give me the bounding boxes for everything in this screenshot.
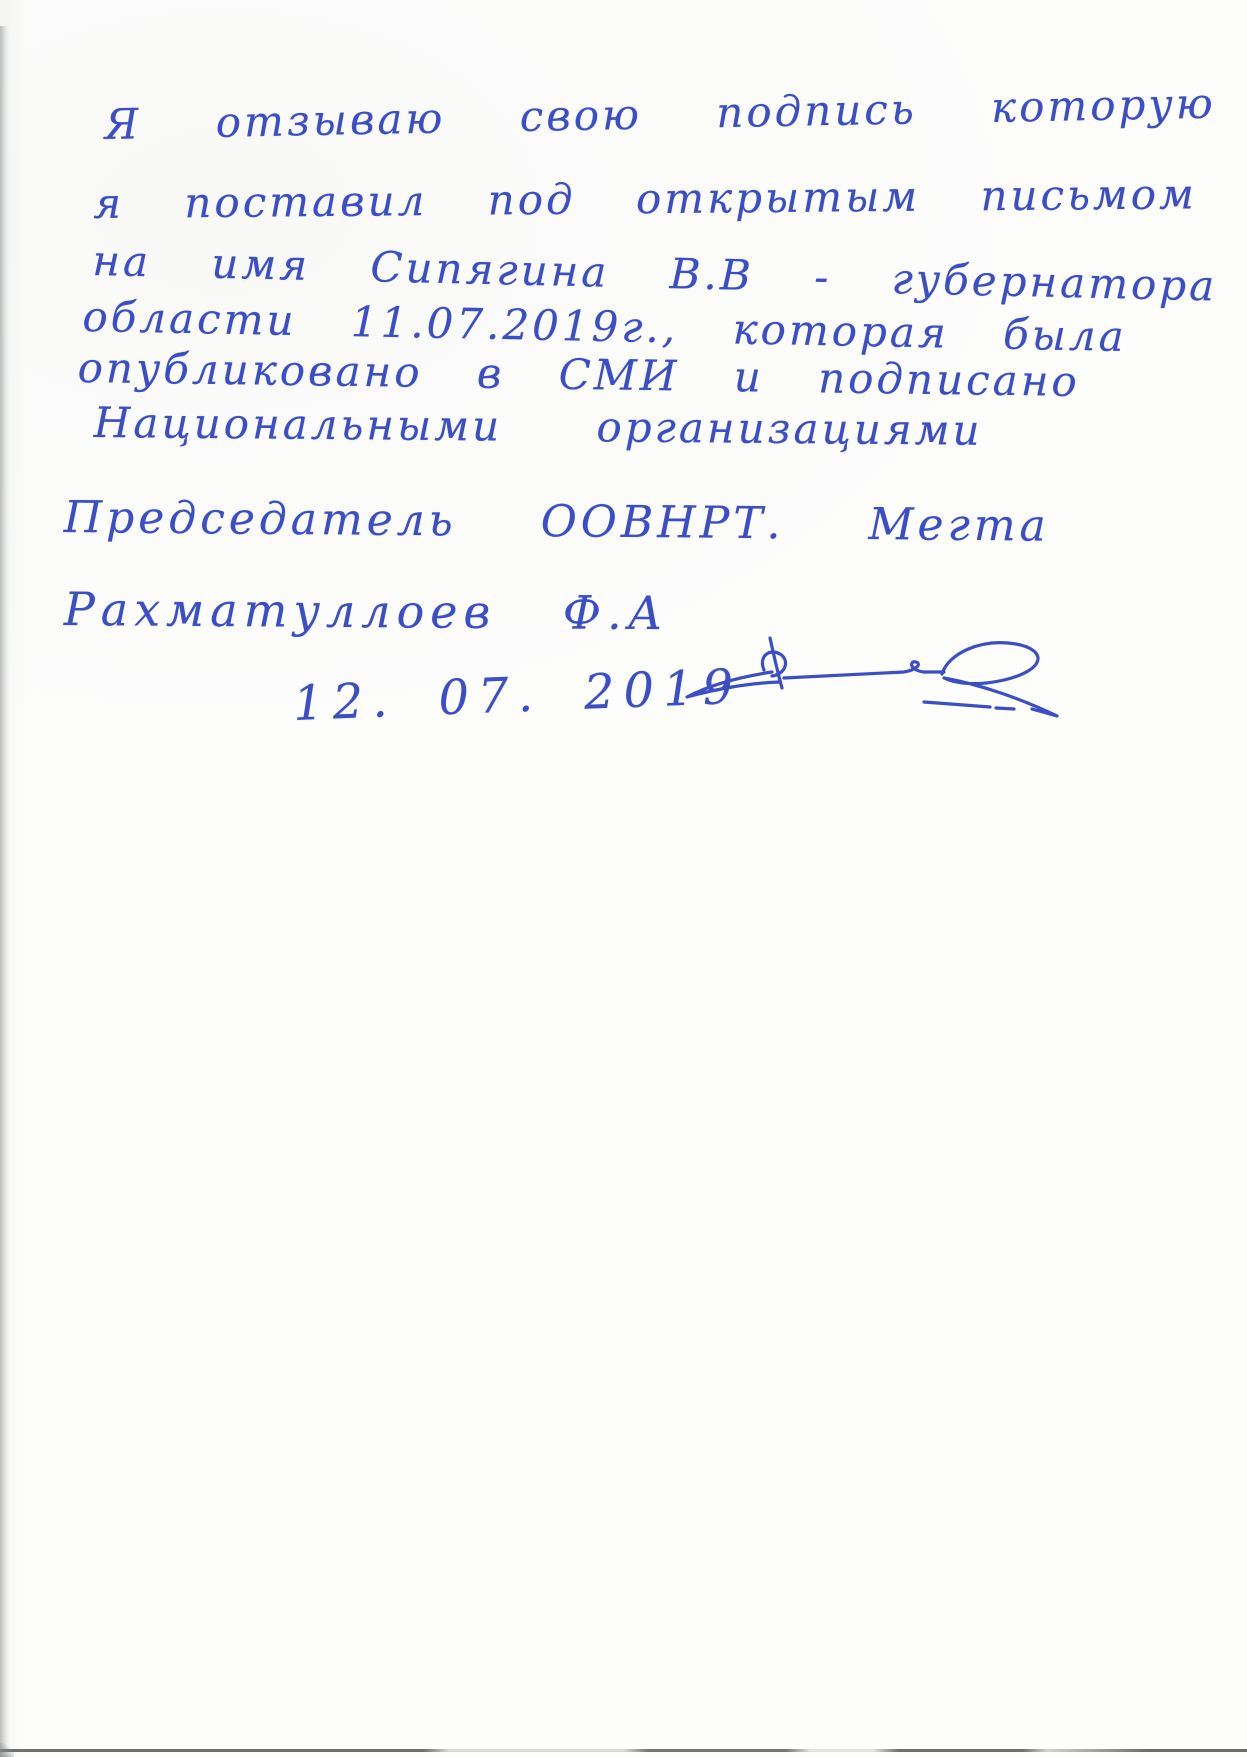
scanned-letter-page: Я отзываю свою подпись которую я постави… xyxy=(0,0,1247,1757)
signoff-title-line: Председатель ООВНРТ. Мегта xyxy=(64,492,1050,552)
scanner-edge-bottom xyxy=(0,1749,1247,1752)
scanner-edge-left xyxy=(0,26,9,1753)
handwritten-line-6: Национальными организациями xyxy=(94,398,983,455)
handwritten-line-2: я поставил под открытым письмом xyxy=(93,169,1197,228)
signoff-name-line: Рахматуллоев Ф.А xyxy=(64,582,669,640)
handwritten-line-1: Я отзываю свою подпись которую xyxy=(104,79,1216,149)
scanner-corner-bottom-left xyxy=(0,1743,14,1757)
